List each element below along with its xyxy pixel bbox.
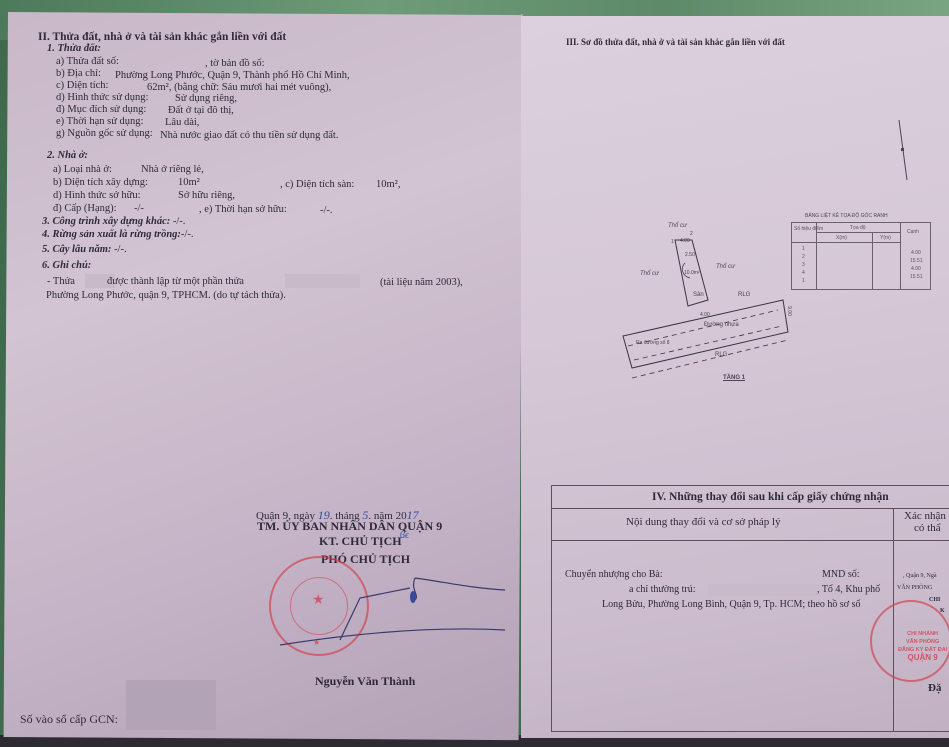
yard-label: Sân (693, 292, 704, 298)
col-x-header: X(m) (836, 235, 847, 241)
road-outline (623, 300, 788, 368)
transfer-residence-label: a chỉ thường trú: (629, 584, 696, 596)
org-name: TM. ỦY BAN NHÂN DÂN QUẬN 9 (257, 520, 442, 532)
floor-area-label: , c) Diện tích sàn: (280, 179, 354, 191)
section2-title: II. Thửa đất, nhà ở và tài sản khác gắn … (38, 31, 286, 43)
address-value: Phường Long Phước, Quận 9, Thành phố Hồ … (115, 70, 350, 82)
transfer-line1: Chuyển nhượng cho Bà: (565, 569, 663, 581)
land-heading: 1. Thửa đất: (47, 43, 101, 55)
confirm-date: , Quận 9, Ngà (903, 570, 937, 582)
redacted-residence-address (708, 584, 820, 596)
origin-value: Nhà nước giao đất có thu tiền sử dụng đấ… (160, 130, 338, 142)
signature-stroke (270, 570, 510, 650)
inner-dim-label: 2.50 (685, 252, 695, 258)
road-label: Đường nhựa (704, 322, 739, 328)
point-1: 1 (802, 246, 805, 252)
col-point-header: Số hiệu điểm (794, 226, 823, 232)
house-area-label: 10.0m² (684, 270, 700, 276)
road-direction-label: Ra đường số 8 (636, 340, 670, 346)
col-confirm-header-2: có thẩ (914, 522, 941, 534)
note-doc-year: (tài liệu năm 2003), (380, 277, 463, 289)
build-area-value: 10m² (178, 177, 200, 189)
house-type-value: Nhà ở riêng lẻ, (141, 164, 204, 176)
point-2: 2 (802, 254, 805, 260)
other-construction-value: -/-. (173, 216, 186, 227)
perennial-label: 5. Cây lâu năm: (42, 244, 111, 255)
col-y-header: Y(m) (880, 235, 891, 241)
rlg-top-label: RLG (738, 292, 750, 298)
other-construction: 3. Công trình xây dựng khác: -/-. (42, 216, 185, 228)
redacted-origin-parcel (285, 274, 360, 288)
note-origin-text: được thành lập từ một phần thửa (107, 276, 244, 288)
gcn-register-label: Số vào sổ cấp GCN: (20, 713, 118, 725)
coord-table-title: BẢNG LIỆT KÊ TỌA ĐỘ GÓC RANH (805, 213, 888, 219)
road-width-label: 9.00 (786, 306, 792, 316)
note-line2: Phường Long Phước, quận 9, TPHCM. (do tự… (46, 290, 286, 302)
ownership-label: d) Hình thức sở hữu: (53, 190, 141, 202)
rlg-bottom-label: RLG (715, 352, 727, 358)
front-width-label: 4.00 (680, 238, 690, 244)
floor-label: TẦNG 1 (723, 375, 745, 381)
confirm-office: VĂN PHÒNG (897, 582, 932, 594)
use-form-label: d) Hình thức sử dụng: (56, 92, 148, 104)
signer-name: Nguyễn Văn Thành (315, 675, 415, 687)
stamp-line-2: VĂN PHÒNG (898, 638, 947, 646)
perennial-value: -/-. (114, 244, 127, 255)
changes-table-title: IV. Những thay đổi sau khi cấp giấy chứn… (652, 491, 889, 503)
col-coord-header: Tọa độ (850, 225, 866, 231)
neighbor-right-label: Thổ cư (716, 264, 735, 270)
coord-table: Số hiệu điểm Tọa độ X(m) Y(m) Cạnh 1 2 3… (791, 222, 931, 290)
office-stamp-text: CHI NHÁNH VĂN PHÒNG ĐĂNG KÝ ĐẤT ĐAI QUẬN… (898, 630, 947, 662)
grade-value: -/- (134, 203, 144, 215)
neighbor-top-label: Thổ cư (668, 223, 687, 229)
use-term-label: e) Thời hạn sử dụng: (56, 116, 143, 128)
ownership-term-value: -/-. (320, 205, 333, 217)
use-term-value: Lâu dài, (165, 117, 199, 129)
col-confirm-header-1: Xác nhận (904, 510, 946, 522)
forest: 4. Rừng sản xuất là rừng trồng:-/-. (42, 229, 193, 241)
corner-2-label: 2 (690, 231, 693, 237)
use-purpose-value: Đất ở tại đô thị, (168, 105, 234, 117)
map-sheet-label: , tờ bản đồ số: (205, 58, 265, 70)
other-construction-label: 3. Công trình xây dựng khác: (42, 216, 170, 227)
edge-4-1: 15.51 (910, 274, 923, 280)
back-width-label: 4.00 (700, 312, 710, 318)
edge-1-2: 4.00 (911, 250, 921, 256)
changes-table-title-row: IV. Những thay đổi sau khi cấp giấy chứn… (552, 486, 949, 509)
area-label: c) Diện tích: (56, 80, 108, 92)
house-heading: 2. Nhà ở: (47, 150, 88, 162)
edge-2-3: 15.51 (910, 258, 923, 264)
corner-1-label: 1 (671, 239, 674, 245)
redacted-gcn-number (126, 680, 216, 730)
ownership-term-label: , e) Thời hạn sở hữu: (199, 204, 287, 216)
use-form-value: Sử dụng riêng, (175, 93, 237, 105)
changes-table-header-row: Nội dung thay đổi và cơ sở pháp lý Xác n… (552, 508, 949, 541)
neighbor-left-label: Thổ cư (640, 271, 659, 277)
point-4: 4 (802, 270, 805, 276)
initials-mark: ϐϵ (400, 530, 409, 541)
section3-title: III. Sơ đồ thửa đất, nhà ở và tài sản kh… (566, 36, 785, 48)
point-3: 3 (802, 262, 805, 268)
ownership-value: Sở hữu riêng, (178, 190, 235, 202)
north-arrow-icon (896, 118, 910, 182)
edge-3-4: 4.00 (911, 266, 921, 272)
origin-label: g) Nguồn gốc sử dụng: (56, 128, 153, 140)
address-label: b) Địa chỉ: (56, 68, 101, 80)
col-content-header: Nội dung thay đổi và cơ sở pháp lý (626, 516, 781, 528)
note-parcel-label: - Thửa (47, 276, 75, 288)
point-1-close: 1 (802, 278, 805, 284)
stamp-line-4: QUẬN 9 (898, 654, 947, 662)
forest-label: 4. Rừng sản xuất là rừng trồng: (42, 229, 181, 240)
use-purpose-label: đ) Mục đích sử dụng: (56, 104, 146, 116)
notes-heading: 6. Ghi chú: (42, 260, 91, 272)
transfer-line3: Long Bửu, Phường Long Bình, Quận 9, Tp. … (602, 599, 860, 611)
site-diagram (620, 218, 800, 388)
transfer-residence-value: , Tổ 4, Khu phố (817, 584, 880, 596)
role-chairman: KT. CHỦ TỊCH (319, 535, 402, 547)
build-area-label: b) Diện tích xây dựng: (53, 177, 148, 189)
stamp-line-1: CHI NHÁNH (898, 630, 947, 638)
col-edge-header: Cạnh (907, 229, 919, 235)
house-type-label: a) Loại nhà ở: (53, 164, 112, 176)
floor-area-value: 10m², (376, 179, 400, 191)
forest-value: -/-. (181, 229, 194, 240)
confirm-signer-partial: Đặ (928, 682, 941, 694)
perennial: 5. Cây lâu năm: -/-. (42, 244, 127, 256)
id-number-label: MND số: (822, 569, 860, 581)
parcel-number-label: a) Thửa đất số: (56, 56, 119, 68)
grade-label: đ) Cấp (Hạng): (53, 203, 117, 215)
